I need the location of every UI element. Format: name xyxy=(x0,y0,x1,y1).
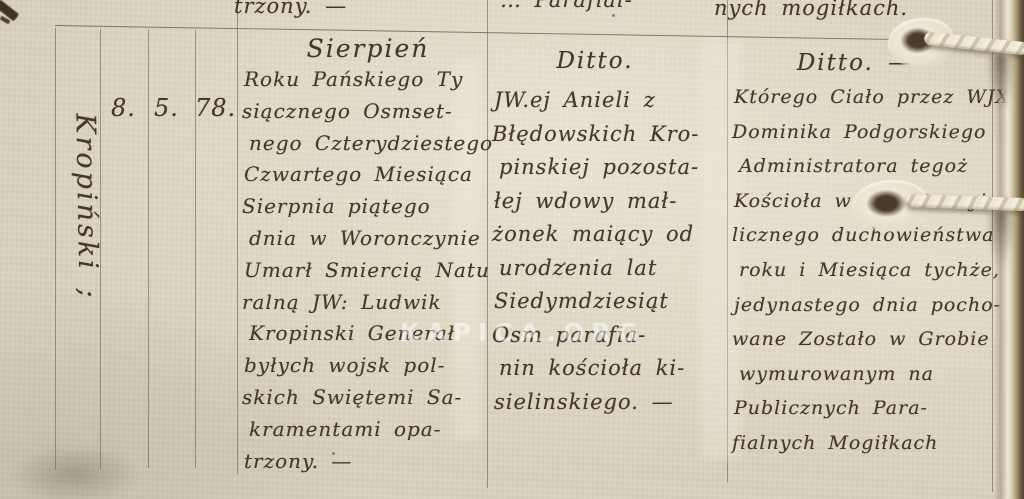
manuscript-line: nego Czterydziestego xyxy=(249,128,494,160)
manuscript-line: roku i Miesiąca tychże, xyxy=(739,253,1002,288)
previous-record-fragment: trzony. — xyxy=(234,0,347,18)
manuscript-line: byłych wojsk pol- xyxy=(244,350,494,382)
previous-record-fragment: nych mogiłkach. xyxy=(714,0,908,20)
site-watermark: KAPICA.ORG xyxy=(400,318,645,347)
gutter-shadow xyxy=(986,212,1016,270)
manuscript-line: kramentami opa- xyxy=(249,414,494,446)
manuscript-line: Umarł Smiercią Natu xyxy=(244,255,494,287)
manuscript-line: pinskiej pozosta- xyxy=(499,151,734,185)
manuscript-line: dnia w Woronczynie xyxy=(249,223,494,255)
manuscript-line: Administratora tegoż xyxy=(739,149,1002,184)
manuscript-line: jedynastego dnia pocho- xyxy=(734,288,1002,323)
burial-text-column: Którego Ciało przez WJX Dominika Podgors… xyxy=(734,80,1002,461)
manuscript-line: fialnych Mogiłkach xyxy=(732,426,1002,461)
manuscript-line: siącznego Osmset- xyxy=(242,96,494,128)
manuscript-line: Dominika Podgorskiego xyxy=(732,115,1002,150)
manuscript-line: skich Swiętemi Sa- xyxy=(242,382,494,414)
register-page-scan: trzony. — … Parafial- nych mogiłkach. Kr… xyxy=(0,0,1024,499)
manuscript-line: JW.ej Anieli z xyxy=(494,84,734,118)
manuscript-line: Błędowskich Kro- xyxy=(492,118,734,152)
manuscript-line: ralną JW: Ludwik xyxy=(242,287,494,319)
column-rule-margin-left xyxy=(55,28,56,470)
column-header-ditto1: Ditto. xyxy=(510,48,680,74)
manuscript-line: Czwartego Miesiąca xyxy=(244,159,494,191)
manuscript-line: Sierpnia piątego xyxy=(242,191,494,223)
paper-smudge xyxy=(10,444,140,499)
widow-age-parish-column: JW.ej Anieli z Błędowskich Kro- pinskiej… xyxy=(494,84,734,419)
manuscript-line: łej wdowy mał- xyxy=(494,185,734,219)
column-rule-num2 xyxy=(148,30,149,468)
entry-number-day: 8. xyxy=(111,94,136,122)
death-act-text-column: Roku Pańskiego Ty siącznego Osmset- nego… xyxy=(244,64,494,477)
manuscript-line: Roku Pańskiego Ty xyxy=(244,64,494,96)
previous-record-fragment: … Parafial- xyxy=(500,0,633,12)
manuscript-line: urodzenia lat xyxy=(499,252,734,286)
margin-surname-label: Kropiński ; xyxy=(57,59,104,356)
entry-number-age: 78. xyxy=(195,94,236,122)
entry-number-month: 5. xyxy=(154,94,179,122)
manuscript-line: Którego Ciało przez WJX xyxy=(734,80,1002,115)
manuscript-line: nin kościoła ki- xyxy=(499,352,734,386)
manuscript-line: wymurowanym na xyxy=(739,357,1002,392)
row-divider-rule xyxy=(55,25,940,41)
manuscript-line: trzony. — xyxy=(244,446,494,478)
paper-speck xyxy=(612,14,615,17)
manuscript-line: Siedymdziesiąt xyxy=(494,285,734,319)
manuscript-line: sielinskiego. — xyxy=(494,386,734,420)
column-header-month: Sierpień xyxy=(258,34,478,63)
column-rule-main-left xyxy=(237,0,238,474)
manuscript-line: wane Zostało w Grobie xyxy=(732,322,1002,357)
gutter-shadow xyxy=(986,56,1016,114)
manuscript-line: Publicznych Para- xyxy=(734,391,1002,426)
manuscript-line: żonek maiący od xyxy=(492,218,734,252)
